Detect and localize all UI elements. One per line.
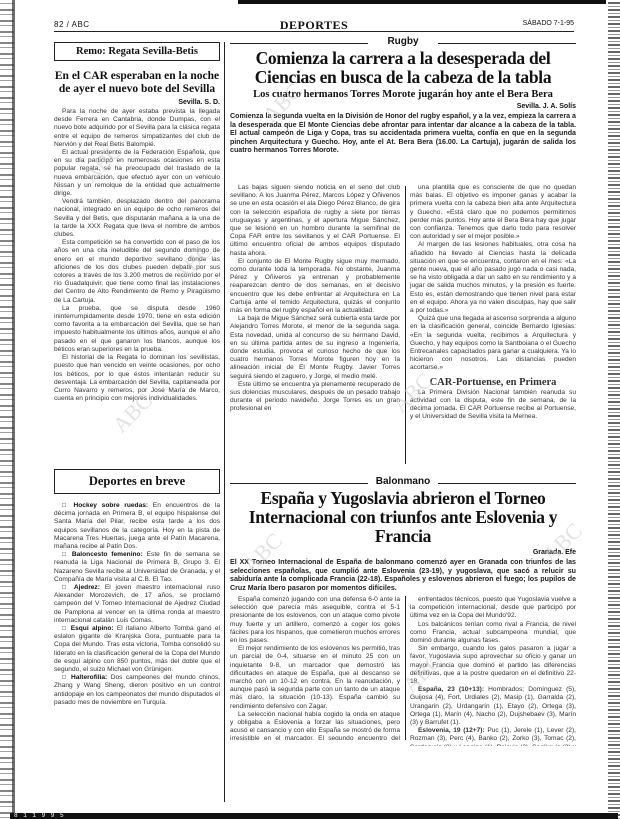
balonmano-article: Balonmano España y Yugoslavia abrieron e… bbox=[230, 476, 576, 592]
column-divider bbox=[405, 186, 406, 464]
scan-edge-right bbox=[608, 0, 620, 819]
footer-code: 8 1 1 9 9 5 bbox=[14, 812, 65, 819]
result-line: España, 23 (10+13): Hombrados; Domínguez… bbox=[410, 686, 576, 727]
paragraph: Vendrá también, desplazado dentro del pa… bbox=[54, 198, 220, 239]
paragraph: La selección nacional había cogido la on… bbox=[230, 711, 400, 740]
breves-title: Deportes en breve bbox=[54, 469, 220, 494]
rowing-body: Para la noche de ayer estaba prevista la… bbox=[54, 108, 220, 403]
rugby-col-2: una plantilla que es consciente de que n… bbox=[410, 184, 576, 464]
car-portuense-title: CAR-Portuense, en Primera bbox=[410, 379, 576, 387]
scan-top-bar bbox=[238, 0, 606, 4]
brief-item: □ Ajedrez: El joven maestro internaciona… bbox=[54, 584, 220, 625]
balonmano-lead: El XX Torneo Internacional de España de … bbox=[230, 558, 576, 592]
rowing-byline: Sevilla. S. D. bbox=[54, 99, 220, 106]
brief-label: Halterofilia: bbox=[71, 674, 107, 681]
balonmano-headline: España y Yugoslavia abrieron el Torneo I… bbox=[230, 489, 576, 546]
result-line: Eslovenia, 19 (12+7): Puc (1), Jerele (1… bbox=[410, 727, 576, 746]
brief-item: □ Baloncesto femenino: Este fin de seman… bbox=[54, 551, 220, 584]
brief-label: Hockey sobre ruedas: bbox=[74, 502, 149, 509]
paragraph: El historial de la Regata lo dominan los… bbox=[54, 354, 220, 403]
paragraph: La Primera División Nacional también rea… bbox=[410, 389, 576, 422]
page-header: 82 / ABC DEPORTES SÁBADO 7-1-95 bbox=[54, 18, 574, 32]
paragraph: El actual presidente de la Federación Es… bbox=[54, 149, 220, 198]
column-divider bbox=[405, 596, 406, 740]
rugby-section-tag: Rugby bbox=[230, 36, 576, 47]
paragraph: El conjunto de El Monte Rugby sigue muy … bbox=[230, 258, 400, 315]
paragraph: Este último se encuentra ya plenamente r… bbox=[230, 381, 400, 414]
brief-item: □ Hockey sobre ruedas: En encuentros de … bbox=[54, 502, 220, 551]
paragraph: Sin embargo, cuando los galos pasaron a … bbox=[410, 645, 576, 686]
breves-list: □ Hockey sobre ruedas: En encuentros de … bbox=[54, 502, 220, 707]
brief-item: □ Halterofilia: Dos campeones del mundo … bbox=[54, 674, 220, 707]
rowing-headline: En el CAR esperaban en la noche de ayer … bbox=[54, 70, 220, 96]
paragraph: Las bajas siguen siendo noticia en el se… bbox=[230, 184, 400, 258]
issue-date: SÁBADO 7-1-95 bbox=[523, 20, 574, 27]
rugby-headline: Comienza la carrera a la desesperada del… bbox=[230, 49, 576, 87]
brief-item: □ Esquí alpino: El italiano Alberto Tomb… bbox=[54, 625, 220, 674]
balonmano-section-tag: Balonmano bbox=[230, 476, 576, 487]
paragraph: Esta competición se ha convertido con el… bbox=[54, 239, 220, 305]
paragraph: Quizá que una llegada al ascenso sorpren… bbox=[410, 315, 576, 372]
paragraph: enfrentados técnicos, puesto que Yugosla… bbox=[410, 596, 576, 621]
rowing-box-title: Remo: Regata Sevilla-Betis bbox=[54, 42, 220, 61]
balonmano-byline: Granada. Efe bbox=[230, 549, 576, 556]
scan-bottom-bar bbox=[10, 813, 618, 819]
paragraph: España comenzó jugando con una defensa 6… bbox=[230, 596, 400, 645]
paragraph: Los balcánicos tenían como rival a Franc… bbox=[410, 621, 576, 646]
balonmano-col-1: España comenzó jugando con una defensa 6… bbox=[230, 596, 400, 740]
paragraph: Para la noche de ayer estaba prevista la… bbox=[54, 108, 220, 149]
paragraph: La prueba, que se disputa desde 1960 ini… bbox=[54, 305, 220, 354]
scan-edge-left-line bbox=[12, 0, 15, 819]
paragraph: La baja de Migue Sánchez será cubierta e… bbox=[230, 315, 400, 381]
paragraph: El mejor rendimiento de los eslovenos le… bbox=[230, 645, 400, 711]
rugby-subhead: Los cuatro hermanos Torres Morote jugará… bbox=[230, 89, 576, 100]
breves-section: Deportes en breve □ Hockey sobre ruedas:… bbox=[54, 462, 220, 707]
brief-label: Ajedrez: bbox=[74, 584, 100, 591]
brief-label: Esquí alpino: bbox=[71, 625, 114, 632]
rugby-lead: Comienza la segunda vuelta en la Divisió… bbox=[230, 112, 576, 155]
rugby-byline: Sevilla. J. A. Solís bbox=[230, 103, 576, 110]
rugby-col-1: Las bajas siguen siendo noticia en el se… bbox=[230, 184, 400, 464]
left-column: Remo: Regata Sevilla-Betis En el CAR esp… bbox=[54, 42, 220, 403]
brief-label: Baloncesto femenino: bbox=[72, 551, 143, 558]
column-divider bbox=[224, 42, 225, 802]
balonmano-col-2: enfrentados técnicos, puesto que Yugosla… bbox=[410, 596, 576, 746]
rugby-article: Rugby Comienza la carrera a la desespera… bbox=[230, 36, 576, 155]
section-title: DEPORTES bbox=[54, 18, 574, 33]
paragraph: una plantilla que es consciente de que n… bbox=[410, 184, 576, 241]
paragraph: Al margen de las lesiones habituales, ot… bbox=[410, 241, 576, 315]
